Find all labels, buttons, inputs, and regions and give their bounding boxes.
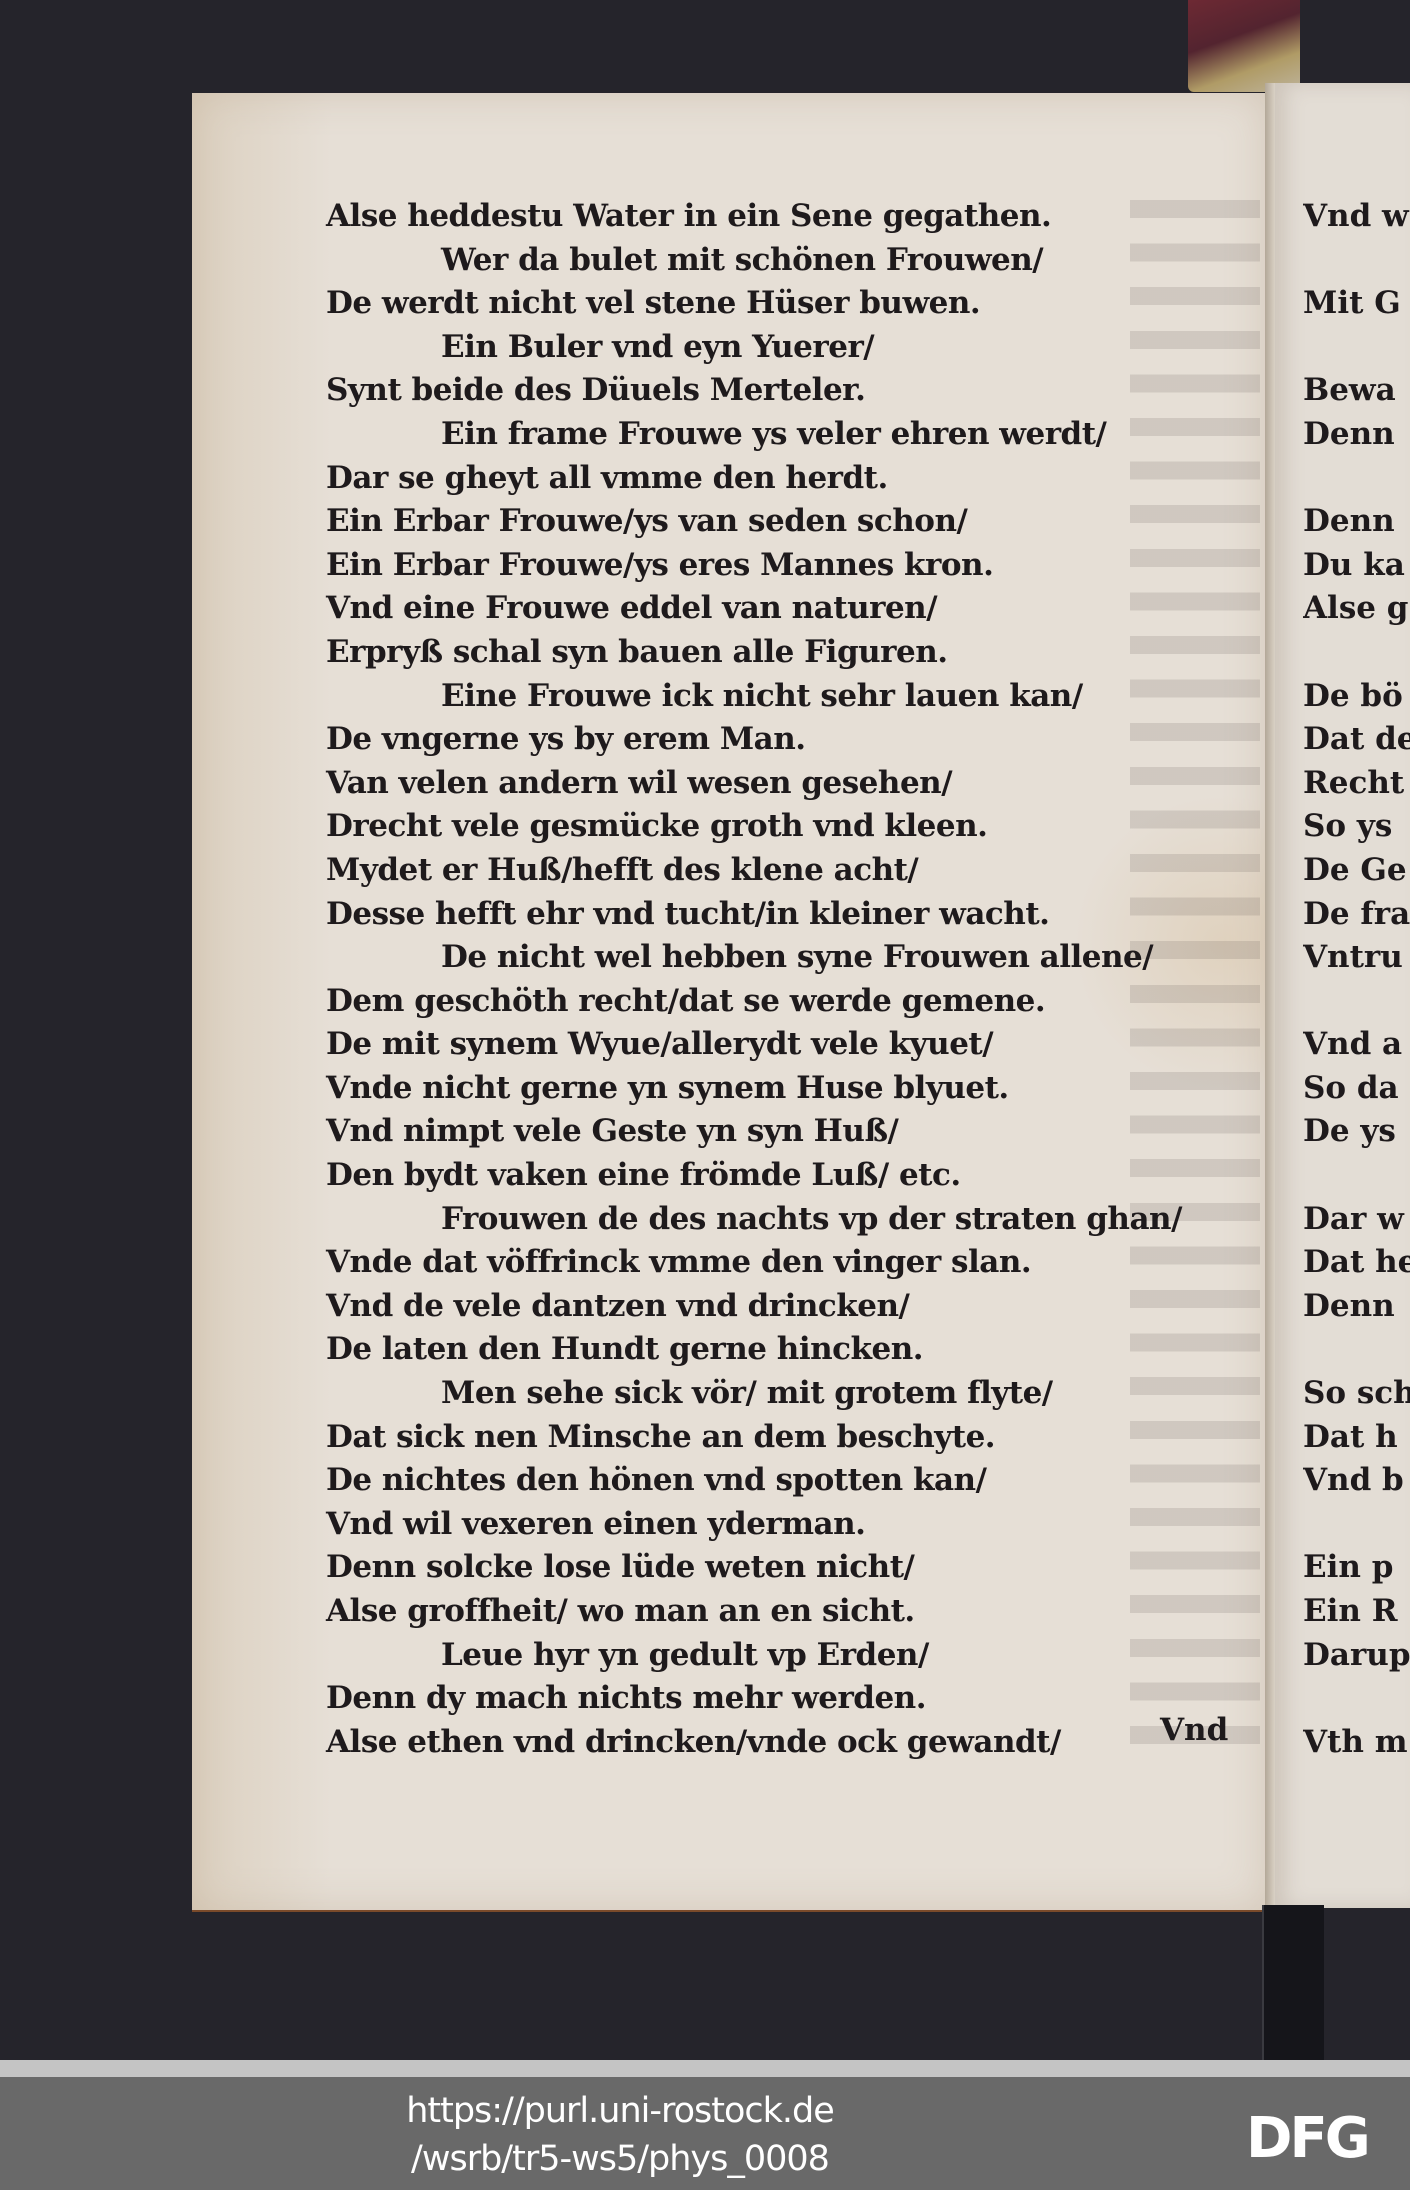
text-line-fragment (1303, 1154, 1410, 1198)
text-line: Vnd wil vexeren einen yderman. (326, 1503, 1246, 1547)
text-line: Ein Erbar Frouwe/ys van seden schon/ (326, 500, 1246, 544)
text-line: De nicht wel hebben syne Frouwen allene/ (326, 936, 1246, 980)
text-line-fragment (1303, 1677, 1410, 1721)
permalink-line-1[interactable]: https://purl.uni-rostock.de (380, 2087, 860, 2135)
text-line-fragment (1303, 1503, 1410, 1547)
text-line-fragment: Dar w (1303, 1198, 1410, 1242)
text-line: Vnd nimpt vele Geste yn syn Huß/ (326, 1110, 1246, 1154)
dfg-logo: DFG (1246, 2111, 1368, 2167)
text-line: De werdt nicht vel stene Hüser buwen. (326, 282, 1246, 326)
text-line: Dar se gheyt all vmme den herdt. (326, 457, 1246, 501)
text-line-fragment: Ein R (1303, 1590, 1410, 1634)
text-line: Vnde nicht gerne yn synem Huse blyuet. (326, 1067, 1246, 1111)
text-line-fragment: Dat de (1303, 718, 1410, 762)
permalink[interactable]: https://purl.uni-rostock.de /wsrb/tr5-ws… (380, 2087, 860, 2183)
text-line-fragment: Vntru (1303, 936, 1410, 980)
text-line: Alse groffheit/ wo man an en sicht. (326, 1590, 1246, 1634)
text-line-fragment: Du ka (1303, 544, 1410, 588)
text-line-fragment (1303, 326, 1410, 370)
text-line: Denn dy mach nichts mehr werden. (326, 1677, 1246, 1721)
footer-bar: https://purl.uni-rostock.de /wsrb/tr5-ws… (0, 2077, 1410, 2190)
text-line-fragment: So sch (1303, 1372, 1410, 1416)
bookmark-ribbon (1188, 0, 1300, 92)
book-gutter (1265, 83, 1275, 1913)
text-line: Desse hefft ehr vnd tucht/in kleiner wac… (326, 893, 1246, 937)
text-line-fragment: Denn (1303, 500, 1410, 544)
text-line: Alse heddestu Water in ein Sene gegathen… (326, 195, 1246, 239)
text-line: Dem geschöth recht/dat se werde gemene. (326, 980, 1246, 1024)
text-line-fragment: Denn (1303, 413, 1410, 457)
text-line: Ein Buler vnd eyn Yuerer/ (326, 326, 1246, 370)
text-line: Eine Frouwe ick nicht sehr lauen kan/ (326, 675, 1246, 719)
text-line-fragment: Denn (1303, 1285, 1410, 1329)
text-line: Den bydt vaken eine frömde Luß/ etc. (326, 1154, 1246, 1198)
text-line-fragment: Dat h (1303, 1416, 1410, 1460)
text-line: Vnd de vele dantzen vnd drincken/ (326, 1285, 1246, 1329)
text-line-fragment: Bewa (1303, 369, 1410, 413)
text-line: Wer da bulet mit schönen Frouwen/ (326, 239, 1246, 283)
text-line-fragment: De fra (1303, 893, 1410, 937)
text-line: Mydet er Huß/hefft des klene acht/ (326, 849, 1246, 893)
text-line-fragment: De ys (1303, 1110, 1410, 1154)
text-line-fragment: So da (1303, 1067, 1410, 1111)
text-line-fragment: Mit G (1303, 282, 1410, 326)
text-line-fragment: Vnd w (1303, 195, 1410, 239)
text-line-fragment: Vnd a (1303, 1023, 1410, 1067)
book-spine (1262, 1905, 1324, 2060)
text-line-fragment (1303, 1328, 1410, 1372)
text-line-fragment: Darup (1303, 1634, 1410, 1678)
text-line-fragment (1303, 631, 1410, 675)
text-line: Men sehe sick vör/ mit grotem flyte/ (326, 1372, 1246, 1416)
text-line: Vnde dat vöffrinck vmme den vinger slan. (326, 1241, 1246, 1285)
text-line: Ein frame Frouwe ys veler ehren werdt/ (326, 413, 1246, 457)
text-line-fragment: Vnd b (1303, 1459, 1410, 1503)
text-line: Van velen andern wil wesen gesehen/ (326, 762, 1246, 806)
text-line: De mit synem Wyue/allerydt vele kyuet/ (326, 1023, 1246, 1067)
text-line: Denn solcke lose lüde weten nicht/ (326, 1546, 1246, 1590)
permalink-line-2[interactable]: /wsrb/tr5-ws5/phys_0008 (380, 2135, 860, 2183)
text-line-fragment: Dat he (1303, 1241, 1410, 1285)
text-line: Drecht vele gesmücke groth vnd kleen. (326, 805, 1246, 849)
catchword: Vnd (1160, 1712, 1228, 1748)
text-line: De vngerne ys by erem Man. (326, 718, 1246, 762)
text-line-fragment: Alse g (1303, 587, 1410, 631)
text-line: Ein Erbar Frouwe/ys eres Mannes kron. (326, 544, 1246, 588)
scan-image: Alse heddestu Water in ein Sene gegathen… (0, 0, 1410, 2060)
text-line: Leue hyr yn gedult vp Erden/ (326, 1634, 1246, 1678)
text-line-fragment (1303, 980, 1410, 1024)
text-line-fragment: De bö (1303, 675, 1410, 719)
text-line: Dat sick nen Minsche an dem beschyte. (326, 1416, 1246, 1460)
left-page-text: Alse heddestu Water in ein Sene gegathen… (326, 195, 1246, 1764)
right-page-text: Vnd wMit GBewaDennDennDu kaAlse gDe böDa… (1303, 195, 1410, 1764)
text-line: Frouwen de des nachts vp der straten gha… (326, 1198, 1246, 1242)
text-line-fragment: De Ge (1303, 849, 1410, 893)
text-line-fragment: So ys (1303, 805, 1410, 849)
text-line-fragment: Vth m (1303, 1721, 1410, 1765)
text-line: Alse ethen vnd drincken/vnde ock gewandt… (326, 1721, 1246, 1765)
text-line-fragment: Ein p (1303, 1546, 1410, 1590)
text-line-fragment (1303, 457, 1410, 501)
text-line: Synt beide des Düuels Merteler. (326, 369, 1246, 413)
text-line-fragment: Recht (1303, 762, 1410, 806)
footer-divider (0, 2060, 1410, 2077)
text-line: Erpryß schal syn bauen alle Figuren. (326, 631, 1246, 675)
text-line: De nichtes den hönen vnd spotten kan/ (326, 1459, 1246, 1503)
text-line: Vnd eine Frouwe eddel van naturen/ (326, 587, 1246, 631)
text-line: De laten den Hundt gerne hincken. (326, 1328, 1246, 1372)
text-line-fragment (1303, 239, 1410, 283)
